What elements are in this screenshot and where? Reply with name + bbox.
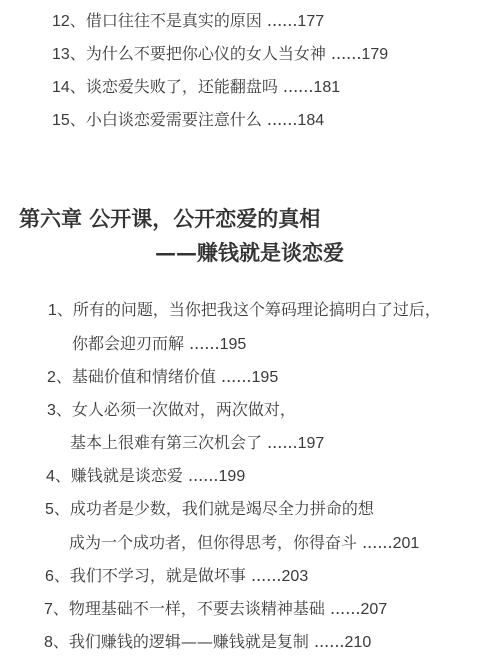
toc-item-5-cont: 成为一个成功者，但你得思考，你得奋斗 ......201 [69, 533, 419, 554]
page-number: 203 [282, 568, 309, 585]
page-number: 197 [298, 435, 325, 452]
toc-item-4: 4、赚钱就是谈恋爱 ......199 [46, 466, 245, 487]
toc-item-6: 6、我们不学习，就是做坏事 ......203 [45, 566, 308, 587]
toc-item-12: 12、借口往往不是真实的原因 ......177 [52, 11, 324, 32]
toc-item-15: 15、小白谈恋爱需要注意什么 ......184 [52, 110, 324, 131]
toc-item-13: 13、为什么不要把你心仪的女人当女神 ......179 [52, 44, 388, 65]
chapter-title: 第六章 公开课，公开恋爱的真相 [19, 203, 320, 233]
toc-item-5: 5、成功者是少数，我们就是竭尽全力拼命的想 [45, 499, 374, 520]
toc-item-2: 2、基础价值和情绪价值 ......195 [47, 367, 278, 388]
toc-item-1: 1、所有的问题，当你把我这个筹码理论搞明白了过后， [48, 300, 441, 321]
toc-item-1-cont: 你都会迎刃而解 ......195 [72, 334, 246, 355]
chapter-subtitle: ——赚钱就是谈恋爱 [155, 237, 344, 267]
page-number: 181 [313, 79, 340, 96]
toc-item-3-cont: 基本上很难有第三次机会了 ......197 [70, 433, 324, 454]
page-number: 179 [361, 46, 388, 63]
page-number: 195 [220, 336, 247, 353]
toc-item-7: 7、物理基础不一样，不要去谈精神基础 ......207 [44, 599, 387, 620]
page-number: 210 [345, 634, 372, 651]
page-number: 184 [297, 112, 324, 129]
page-number: 201 [393, 535, 420, 552]
toc-item-8: 8、我们赚钱的逻辑——赚钱就是复制 ......210 [44, 632, 371, 653]
page-number: 207 [361, 601, 388, 618]
page-number: 199 [219, 468, 246, 485]
toc-item-14: 14、谈恋爱失败了，还能翻盘吗 ......181 [52, 77, 340, 98]
toc-item-3: 3、女人必须一次做对，两次做对， [47, 400, 296, 421]
page-number: 177 [297, 13, 324, 30]
page-number: 195 [252, 369, 279, 386]
